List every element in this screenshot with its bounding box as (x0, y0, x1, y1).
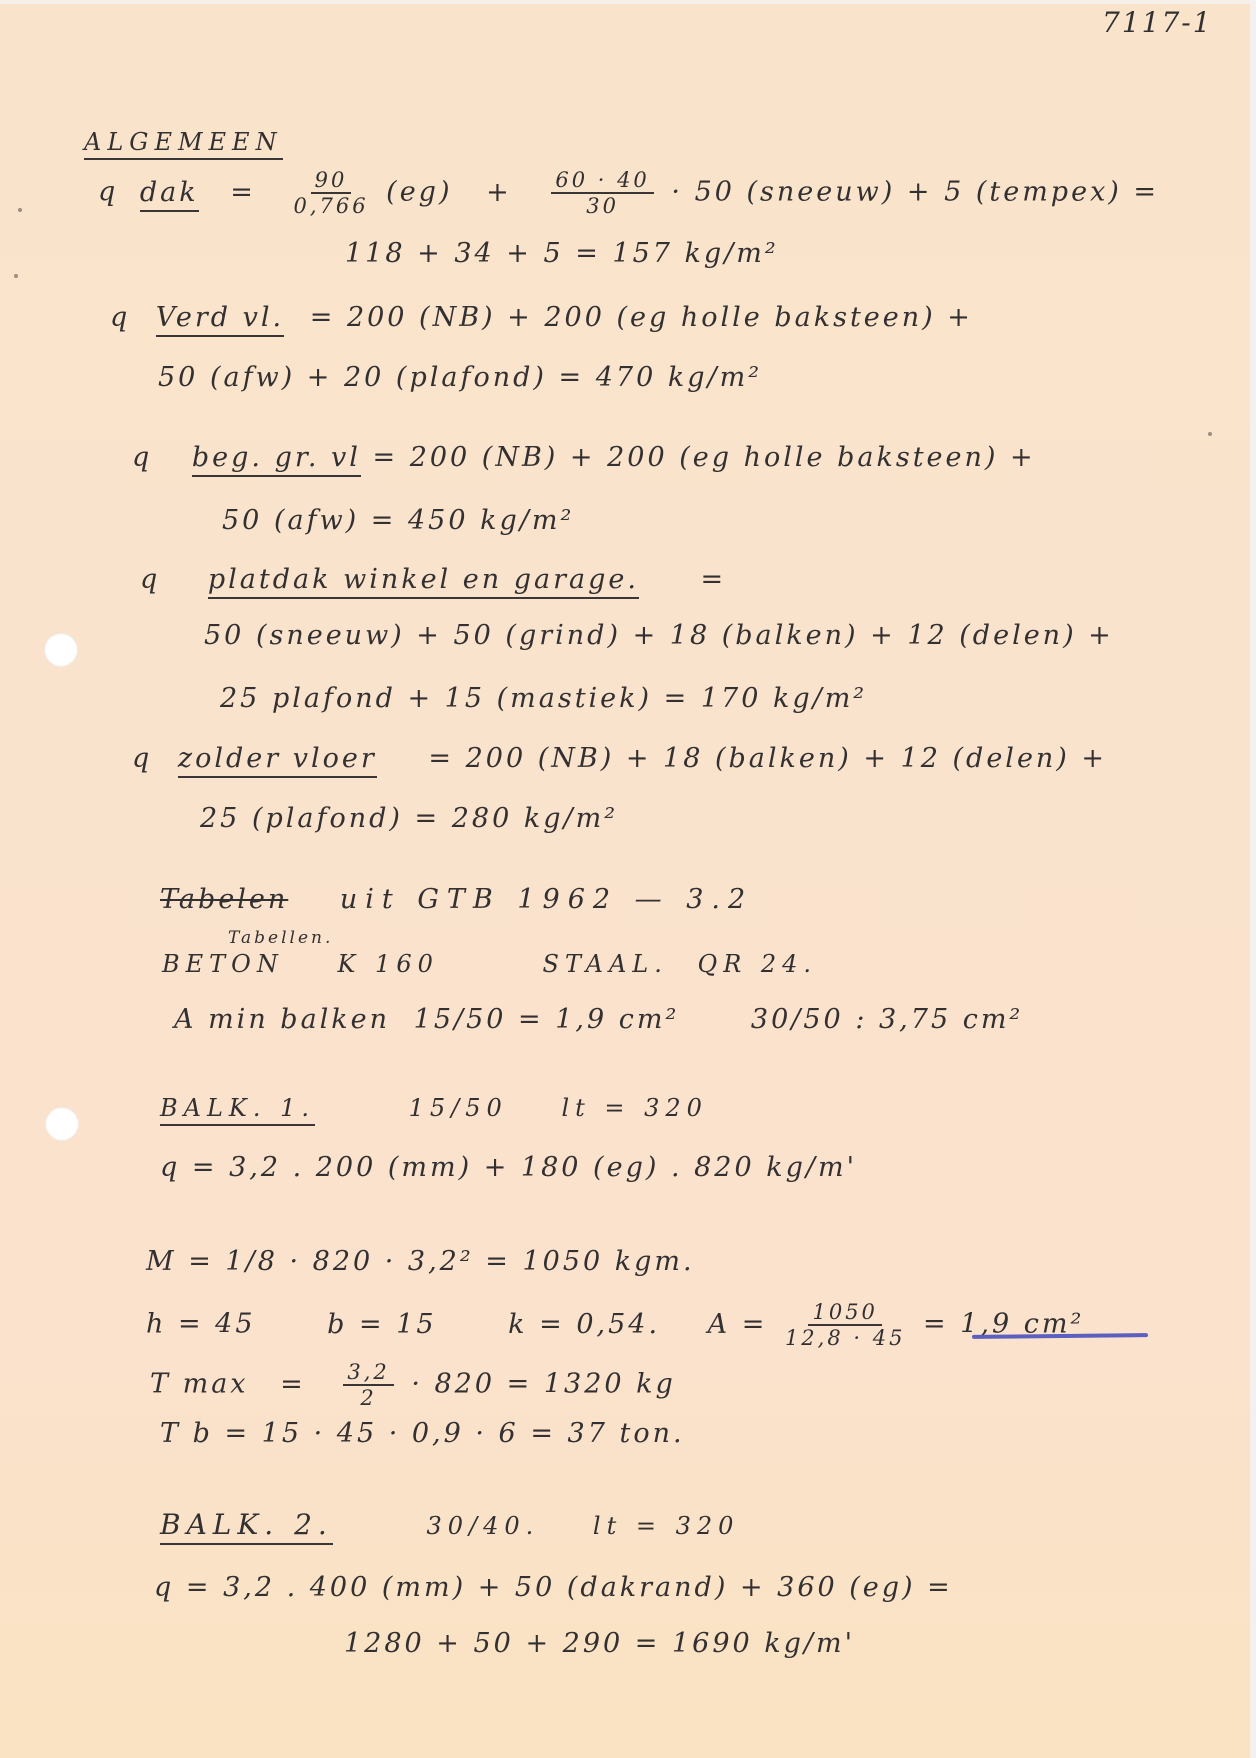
tmax-label: T max (150, 1369, 249, 1400)
q-symbol: q (140, 564, 160, 595)
a-min-label: A min balken (174, 1004, 390, 1035)
k-value: k = 0,54. (508, 1309, 660, 1340)
fraction-denominator: 2 (360, 1386, 376, 1410)
fraction-denominator: 0,766 (293, 194, 368, 218)
balk1-tb-line: T b = 15 · 45 · 0,9 · 6 = 37 ton. (160, 1418, 685, 1449)
fraction-eg: 90 0,766 (293, 168, 368, 218)
formula: = 200 (NB) + 200 (eg holle baksteen) + (310, 302, 973, 333)
section-heading-algemeen: ALGEMEEN (84, 128, 283, 156)
term-tempex: + 5 (tempex) = (907, 177, 1159, 208)
balk1-dimensions-line: h = 45 b = 15 k = 0,54. A = 1050 12,8 · … (146, 1300, 1084, 1350)
q-symbol: q (98, 177, 118, 208)
fraction-numerator: 60 · 40 (551, 168, 653, 194)
balk1-q-line: q = 3,2 . 200 (mm) + 180 (eg) . 820 kg/m… (160, 1152, 857, 1183)
q-beg-gr-vl-line2: 50 (afw) = 450 kg/m² (222, 505, 574, 536)
q-platdak-line1: 50 (sneeuw) + 50 (grind) + 18 (balken) +… (204, 620, 1114, 651)
formula: = 200 (NB) + 200 (eg holle baksteen) + (372, 442, 1035, 473)
tmax-result: · 820 = 1320 kg (411, 1369, 675, 1400)
tabellen-line: Tabelen uit GTB 1962 — 3.2 (160, 884, 753, 915)
fraction-numerator: 1050 (808, 1300, 881, 1326)
q-verd-vl-label: Verd vl. (156, 302, 284, 337)
a-fraction: 1050 12,8 · 45 (785, 1300, 906, 1350)
balk2-heading: BALK. 2. (160, 1508, 333, 1545)
speck (18, 208, 22, 212)
a-min-section-2: 30/50 (751, 1004, 844, 1035)
fraction-sneeuw: 60 · 40 30 (551, 168, 653, 218)
speck (1208, 432, 1212, 436)
plus: + (486, 177, 512, 208)
speck (14, 274, 18, 278)
balk1-tmax-line: T max = 3,2 2 · 820 = 1320 kg (150, 1360, 676, 1410)
beton-value: K 160 (337, 950, 438, 978)
q-beg-gr-vl-line1: q beg. gr. vl = 200 (NB) + 200 (eg holle… (132, 442, 1036, 473)
q-zolder-line2: 25 (plafond) = 280 kg/m² (200, 803, 618, 834)
q-zolder-line1: q zolder vloer = 200 (NB) + 18 (balken) … (132, 743, 1107, 774)
equals: = (701, 564, 727, 595)
a-min-section-1: 15/50 (414, 1004, 507, 1035)
balk2-header: BALK. 2. 30/40. lt = 320 (160, 1508, 739, 1541)
equals: = (230, 177, 256, 208)
q-dak-label: dak (140, 177, 199, 212)
balk1-header: BALK. 1. 15/50 lt = 320 (160, 1094, 708, 1122)
q-zolder-label: zolder vloer (178, 743, 377, 778)
q-dak-result: 118 + 34 + 5 = 157 kg/m² (345, 238, 779, 269)
q-symbol: q (132, 743, 152, 774)
paper-top-edge (0, 0, 1256, 4)
balk2-span: lt = 320 (593, 1512, 740, 1540)
a-min-line: A min balken 15/50 = 1,9 cm² 30/50 : 3,7… (174, 1004, 1023, 1035)
q-symbol: q (132, 442, 152, 473)
balk2-section: 30/40. (426, 1512, 539, 1540)
staal-value: QR 24. (698, 950, 818, 978)
balk1-span: lt = 320 (561, 1094, 708, 1122)
fraction-numerator: 3,2 (343, 1360, 393, 1386)
q-dak-line: q dak = 90 0,766 (eg) + 60 · 40 30 · 50 … (98, 168, 1159, 218)
page-number: 7117-1 (1102, 6, 1213, 39)
heading-text: ALGEMEEN (84, 128, 283, 160)
punch-hole-bottom (45, 1107, 79, 1141)
fraction-numerator: 90 (311, 168, 352, 194)
staal-label: STAAL. (543, 950, 668, 978)
tmax-fraction: 3,2 2 (343, 1360, 393, 1410)
punch-hole-top (44, 633, 78, 667)
tabellen-correction: Tabellen. (228, 928, 333, 948)
struck-word: Tabelen (160, 884, 288, 915)
term-sneeuw: · 50 (sneeuw) (671, 177, 895, 208)
tabellen-reference: uit GTB 1962 — 3.2 (340, 884, 753, 915)
term-note: (eg) (386, 177, 452, 208)
equals: = (280, 1369, 306, 1400)
q-beg-gr-vl-label: beg. gr. vl (192, 442, 361, 477)
fraction-denominator: 30 (586, 194, 619, 218)
width-value: b = 15 (327, 1309, 436, 1340)
materials-line: BETON K 160 STAAL. QR 24. (162, 950, 817, 978)
q-verd-vl-line1: q Verd vl. = 200 (NB) + 200 (eg holle ba… (110, 302, 973, 333)
formula: = 200 (NB) + 18 (balken) + 12 (delen) + (428, 743, 1107, 774)
balk1-heading: BALK. 1. (160, 1094, 315, 1126)
a-min-value-1: = 1,9 cm² (518, 1004, 679, 1035)
q-platdak-line: q platdak winkel en garage. = (140, 564, 726, 595)
balk2-result: 1280 + 50 + 290 = 1690 kg/m' (344, 1628, 855, 1659)
a-min-value-2: : 3,75 cm² (855, 1004, 1023, 1035)
balk2-q-line: q = 3,2 . 400 (mm) + 50 (dakrand) + 360 … (154, 1572, 953, 1603)
balk1-moment-line: M = 1/8 · 820 · 3,2² = 1050 kgm. (146, 1246, 695, 1277)
balk1-section: 15/50 (409, 1094, 508, 1122)
height-value: h = 45 (146, 1309, 256, 1340)
a-label: A = (708, 1309, 768, 1340)
q-verd-vl-line2: 50 (afw) + 20 (plafond) = 470 kg/m² (158, 362, 762, 393)
beton-label: BETON (162, 950, 284, 978)
q-platdak-label: platdak winkel en garage. (208, 564, 639, 599)
q-symbol: q (110, 302, 130, 333)
fraction-denominator: 12,8 · 45 (785, 1326, 906, 1350)
paper-right-edge (1250, 0, 1256, 1758)
q-platdak-line2: 25 plafond + 15 (mastiek) = 170 kg/m² (220, 683, 867, 714)
